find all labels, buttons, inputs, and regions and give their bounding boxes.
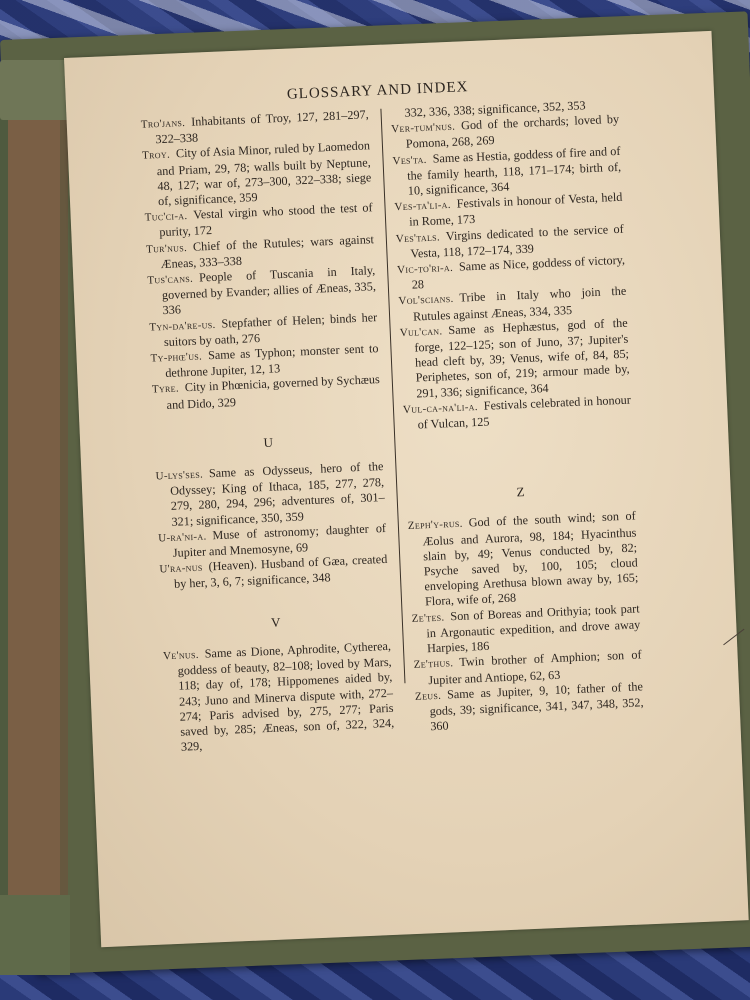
glossary-entry: Vul'can.Same as Hephæstus, god of the fo… (399, 315, 630, 401)
glossary-entry: Zeus.Same as Jupiter, 9, 10; father of t… (415, 679, 645, 735)
entry-definition: Same as Dione, Aphrodite, Cytherea, godd… (177, 639, 394, 754)
entry-headword: Ze'thus. (413, 658, 453, 672)
glossary-entry: Ve'nus.Same as Dione, Aphrodite, Cythere… (163, 639, 395, 756)
entries-v-continued: Ver-tum'nus.God of the orchards; loved b… (391, 112, 632, 433)
entry-headword: Tyre. (152, 383, 179, 396)
entry-definition: Son of Boreas and Orithyia; took part in… (426, 601, 640, 655)
glossary-entry: Zeph'y-rus.God of the south wind; son of… (408, 509, 640, 611)
entry-definition: People of Tuscania in Italy, governed by… (162, 263, 376, 317)
entries-v: Ve'nus.Same as Dione, Aphrodite, Cythere… (163, 639, 395, 756)
entries-z: Zeph'y-rus.God of the south wind; son of… (408, 509, 645, 735)
entry-headword: Zeph'y-rus. (408, 518, 463, 532)
entries-u: U-lys'ses.Same as Odysseus, hero of the … (155, 459, 388, 593)
entry-headword: Tuc'ci-a. (145, 210, 188, 224)
entry-headword: Zeus. (415, 689, 442, 702)
entry-headword: Tyn-da're-us. (149, 319, 216, 334)
entry-headword: Ves'tals. (396, 231, 441, 245)
entry-headword: Ver-tum'nus. (391, 121, 455, 136)
entry-headword: Troy. (142, 149, 170, 162)
entry-headword: Tus'cans. (147, 273, 193, 287)
section-letter-z: Z (406, 480, 634, 505)
entry-headword: Ves-ta'li-a. (394, 199, 451, 213)
page-content: GLOSSARY AND INDEX Tro'jans.Inhabitants … (96, 33, 692, 916)
section-letter-u: U (154, 430, 382, 455)
entry-definition: Same as Jupiter, 9, 10; father of the go… (429, 679, 643, 733)
spine-cap-bottom (0, 895, 70, 975)
entry-headword: Ze'tes. (412, 611, 445, 624)
book-spine (0, 85, 68, 945)
entry-headword: Vol'scians. (398, 293, 454, 307)
entry-headword: Ty-phœ'us. (150, 351, 202, 365)
entry-headword: Vul-ca-na'li-a. (403, 401, 478, 416)
entry-headword: U-lys'ses. (155, 469, 203, 483)
entries-t: Tro'jans.Inhabitants of Troy, 127, 281–2… (141, 107, 381, 413)
entry-definition: Same as Hestia, goddess of fire and of t… (407, 143, 621, 197)
entry-headword: U-ra'ni-a. (158, 530, 207, 544)
entry-headword: Tro'jans. (141, 117, 186, 131)
entry-headword: Ve'nus. (163, 649, 199, 662)
glossary-entry: Troy.City of Asia Minor, ruled by Laomed… (142, 139, 372, 210)
entry-headword: Tur'nus. (146, 242, 187, 256)
entry-headword: Vic-to'ri-a. (397, 262, 453, 276)
book-page: GLOSSARY AND INDEX Tro'jans.Inhabitants … (64, 31, 749, 947)
section-letter-v: V (162, 610, 390, 635)
left-column: Tro'jans.Inhabitants of Troy, 127, 281–2… (141, 107, 396, 755)
entry-headword: Vul'can. (400, 325, 443, 339)
entry-definition: City of Asia Minor, ruled by Laomedon an… (157, 139, 372, 209)
glossary-entry: U-lys'ses.Same as Odysseus, hero of the … (155, 459, 385, 530)
entry-definition: Same as Hephæstus, god of the forge, 122… (414, 315, 630, 400)
right-column: 332, 336, 338; significance, 352, 353 Ve… (390, 97, 644, 735)
entry-headword: Ves'ta. (392, 154, 427, 167)
entry-headword: U'ra-nus (159, 562, 203, 576)
